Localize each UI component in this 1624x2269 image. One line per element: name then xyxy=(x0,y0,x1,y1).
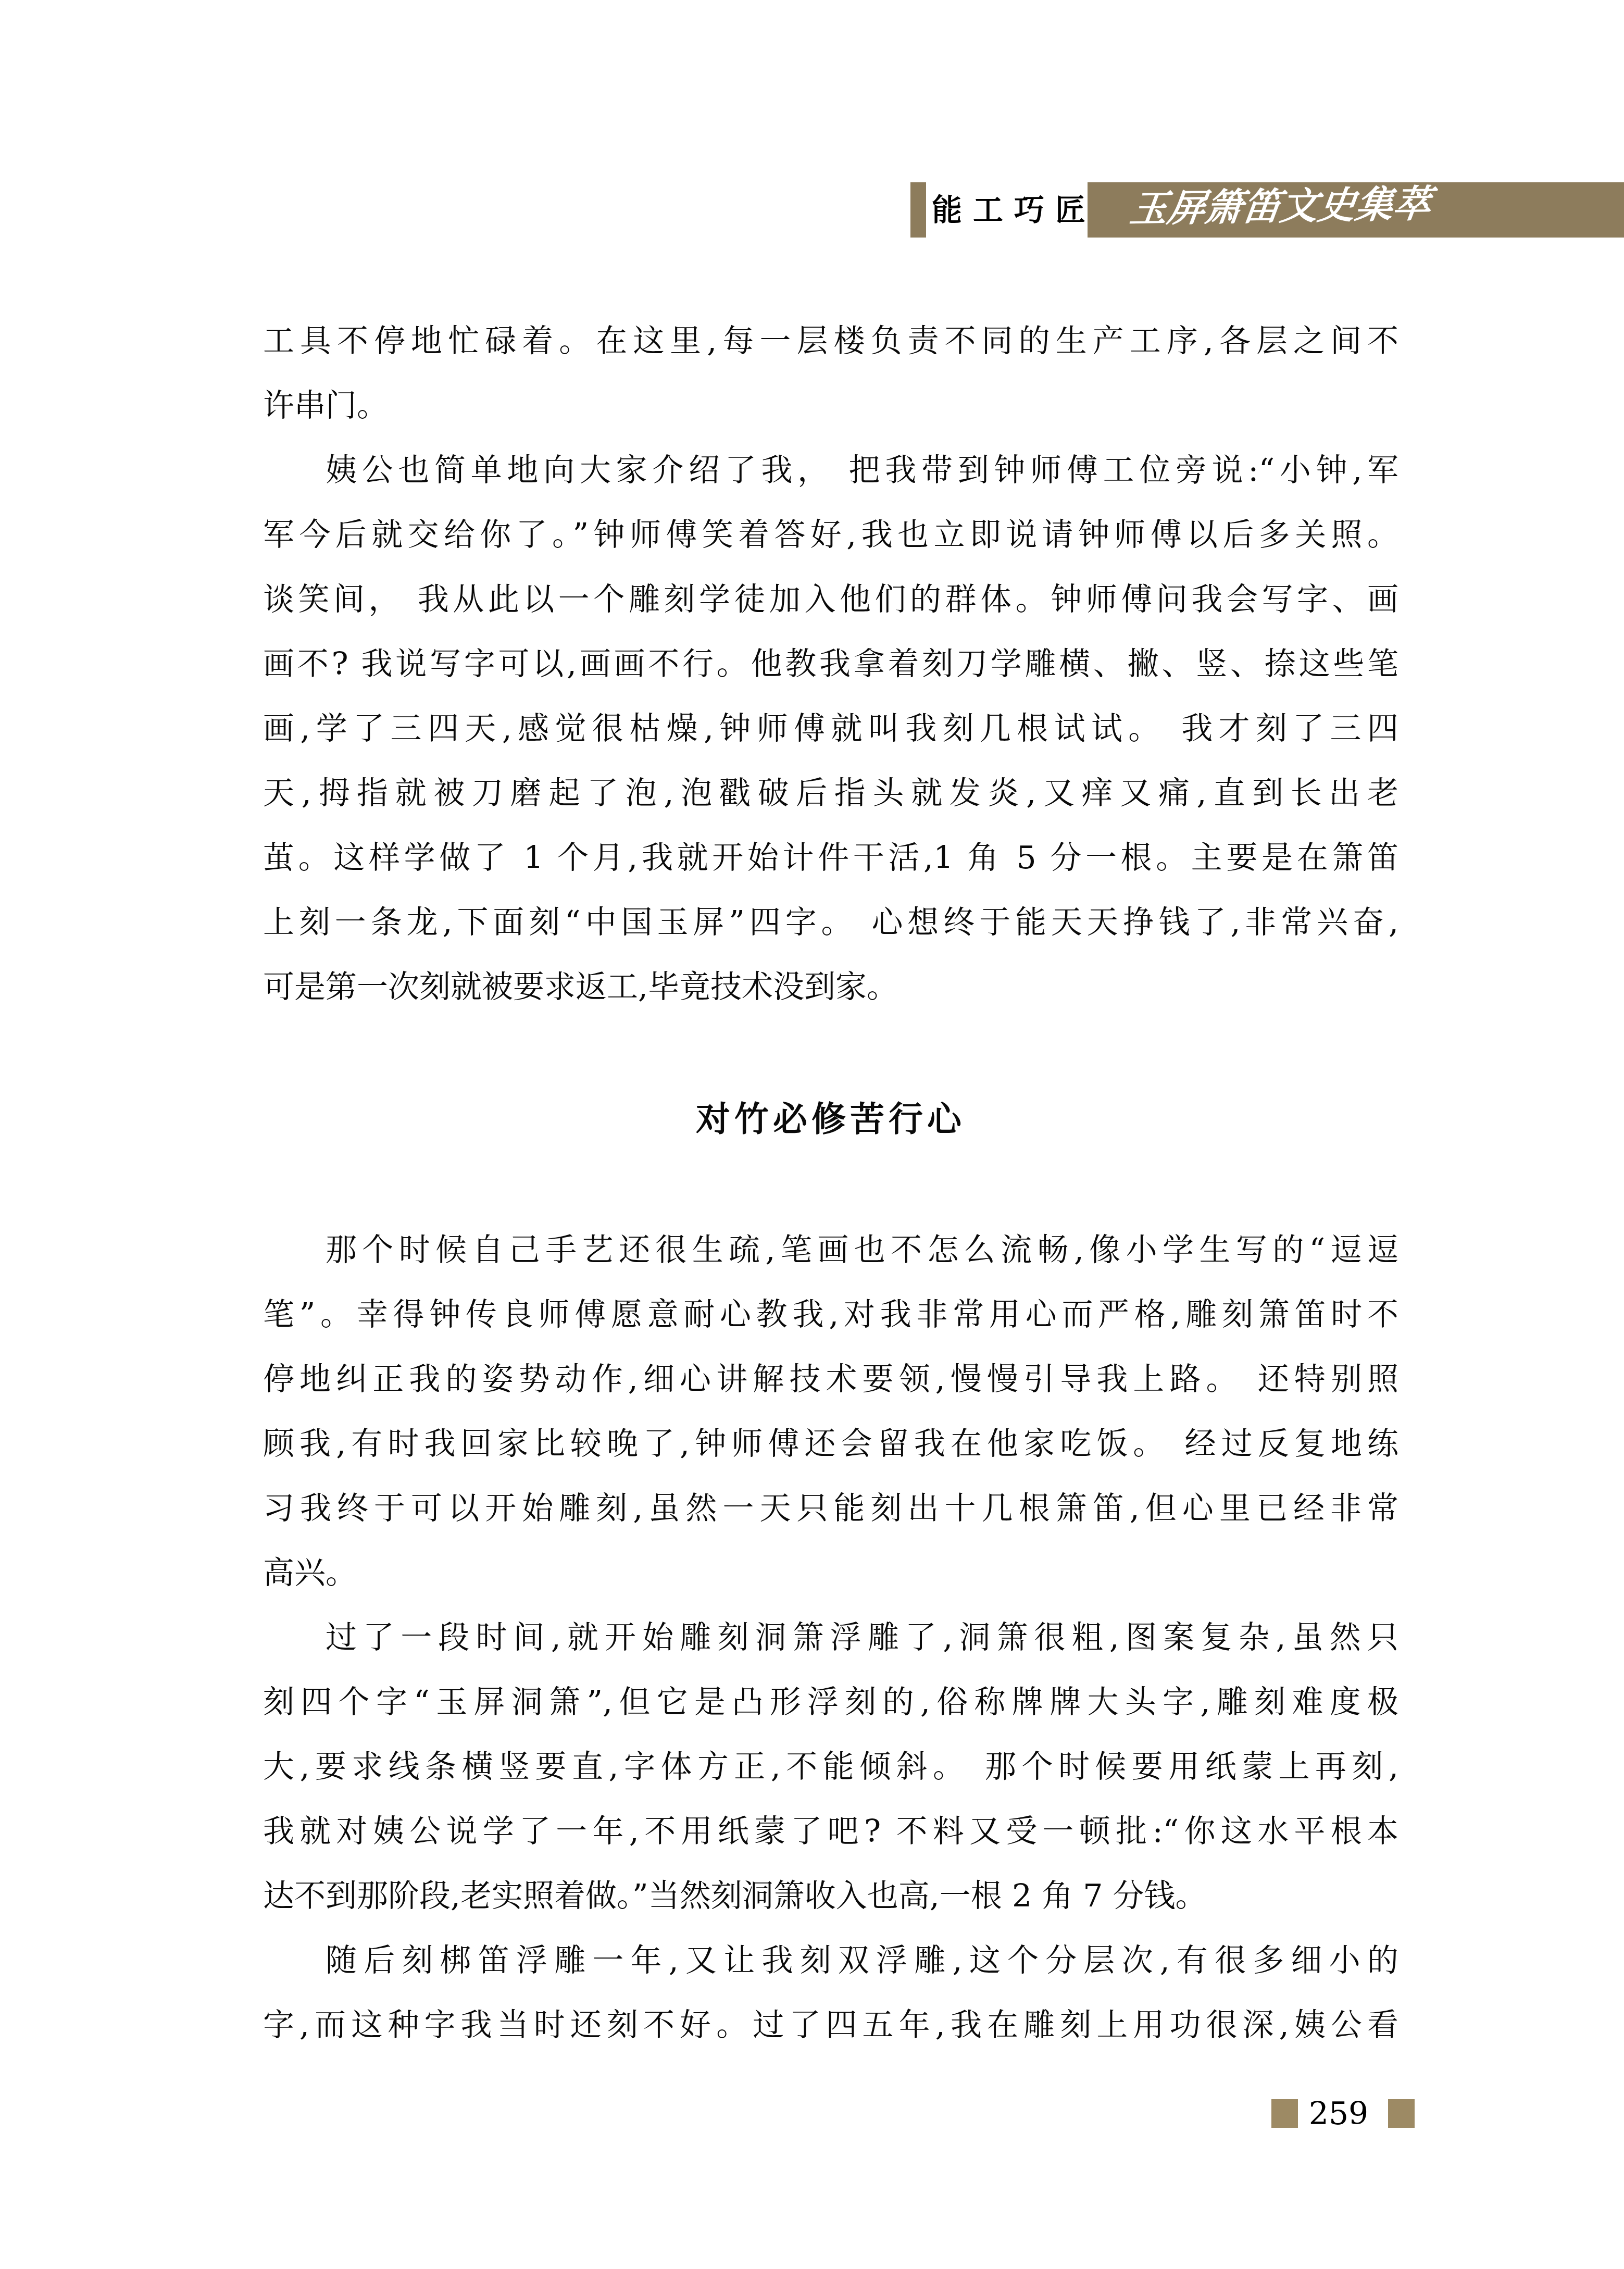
text-line: 上刻一条龙,下面刻“中国玉屏”四字。 心想终于能天天挣钱了,非常兴奋, xyxy=(263,890,1398,955)
paragraph: 过了一段时间,就开始雕刻洞箫浮雕了,洞箫很粗,图案复杂,虽然只 刻四个字“玉屏洞… xyxy=(263,1605,1398,1928)
page-number: 259 xyxy=(1305,2099,1372,2128)
text-line: 字,而这种字我当时还刻不好。过了四五年,我在雕刻上用功很深,姨公看 xyxy=(263,1993,1398,2058)
page-header: 能工巧匠 玉屏箫笛文史集萃 xyxy=(910,182,1624,238)
paragraph: 随后刻梆笛浮雕一年,又让我刻双浮雕,这个分层次,有很多细小的 字,而这种字我当时… xyxy=(263,1928,1398,2058)
text-line: 达不到那阶段,老实照着做。”当然刻洞箫收入也高,一根 2 角 7 分钱。 xyxy=(263,1864,1398,1928)
text-line: 刻四个字“玉屏洞箫”,但它是凸形浮刻的,俗称牌牌大头字,雕刻难度极 xyxy=(263,1670,1398,1735)
text-line: 画不? 我说写字可以,画画不行。他教我拿着刻刀学雕横、撇、竖、捺这些笔 xyxy=(263,632,1398,696)
book-series-title: 玉屏箫笛文史集萃 xyxy=(1127,175,1434,235)
page-body-text: 工具不停地忙碌着。在这里,每一层楼负责不同的生产工序,各层之间不 许串门。 姨公… xyxy=(263,309,1398,2058)
book-page: 能工巧匠 玉屏箫笛文史集萃 工具不停地忙碌着。在这里,每一层楼负责不同的生产工序… xyxy=(0,0,1624,2269)
text-line: 天,拇指就被刀磨起了泡,泡戳破后指头就发炎,又痒又痛,直到长出老 xyxy=(263,761,1398,826)
text-line: 过了一段时间,就开始雕刻洞箫浮雕了,洞箫很粗,图案复杂,虽然只 xyxy=(263,1605,1398,1670)
text-line: 笔”。幸得钟传良师傅愿意耐心教我,对我非常用心而严格,雕刻箫笛时不 xyxy=(263,1282,1398,1347)
text-line: 军今后就交给你了。”钟师傅笑着答好,我也立即说请钟师傅以后多关照。 xyxy=(263,503,1398,567)
header-accent-bar xyxy=(910,182,926,238)
paragraph: 那个时候自己手艺还很生疏,笔画也不怎么流畅,像小学生写的“逗逗 笔”。幸得钟传良… xyxy=(263,1218,1398,1605)
text-line: 顾我,有时我回家比较晚了,钟师傅还会留我在他家吃饭。 经过反复地练 xyxy=(263,1412,1398,1476)
text-line: 许串门。 xyxy=(263,373,1398,438)
text-line: 茧。这样学做了 1 个月,我就开始计件干活,1 角 5 分一根。主要是在箫笛 xyxy=(263,826,1398,890)
section-heading: 对竹必修苦行心 xyxy=(263,1087,1398,1151)
text-line: 画,学了三四天,感觉很枯燥,钟师傅就叫我刻几根试试。 我才刻了三四 xyxy=(263,696,1398,761)
paragraph: 工具不停地忙碌着。在这里,每一层楼负责不同的生产工序,各层之间不 许串门。 xyxy=(263,309,1398,438)
text-line: 停地纠正我的姿势动作,细心讲解技术要领,慢慢引导我上路。 还特别照 xyxy=(263,1347,1398,1412)
text-line: 姨公也简单地向大家介绍了我， 把我带到钟师傅工位旁说:“小钟,军 xyxy=(263,438,1398,503)
text-line: 习我终于可以开始雕刻,虽然一天只能刻出十几根箫笛,但心里已经非常 xyxy=(263,1476,1398,1541)
footer-right-square xyxy=(1388,2099,1415,2128)
footer-left-square xyxy=(1271,2099,1298,2128)
chapter-title: 能工巧匠 xyxy=(932,182,1096,238)
text-line: 大,要求线条横竖要直,字体方正,不能倾斜。 那个时候要用纸蒙上再刻, xyxy=(263,1735,1398,1799)
text-line: 高兴。 xyxy=(263,1541,1398,1605)
header-band-bar: 玉屏箫笛文史集萃 xyxy=(1088,182,1624,238)
text-line: 随后刻梆笛浮雕一年,又让我刻双浮雕,这个分层次,有很多细小的 xyxy=(263,1928,1398,1993)
text-line: 我就对姨公说学了一年,不用纸蒙了吧? 不料又受一顿批:“你这水平根本 xyxy=(263,1799,1398,1864)
text-line: 工具不停地忙碌着。在这里,每一层楼负责不同的生产工序,各层之间不 xyxy=(263,309,1398,373)
text-line: 谈笑间， 我从此以一个雕刻学徒加入他们的群体。钟师傅问我会写字、画 xyxy=(263,567,1398,632)
text-line: 可是第一次刻就被要求返工,毕竟技术没到家。 xyxy=(263,955,1398,1019)
paragraph: 姨公也简单地向大家介绍了我， 把我带到钟师傅工位旁说:“小钟,军 军今后就交给你… xyxy=(263,438,1398,1019)
text-line: 那个时候自己手艺还很生疏,笔画也不怎么流畅,像小学生写的“逗逗 xyxy=(263,1218,1398,1282)
